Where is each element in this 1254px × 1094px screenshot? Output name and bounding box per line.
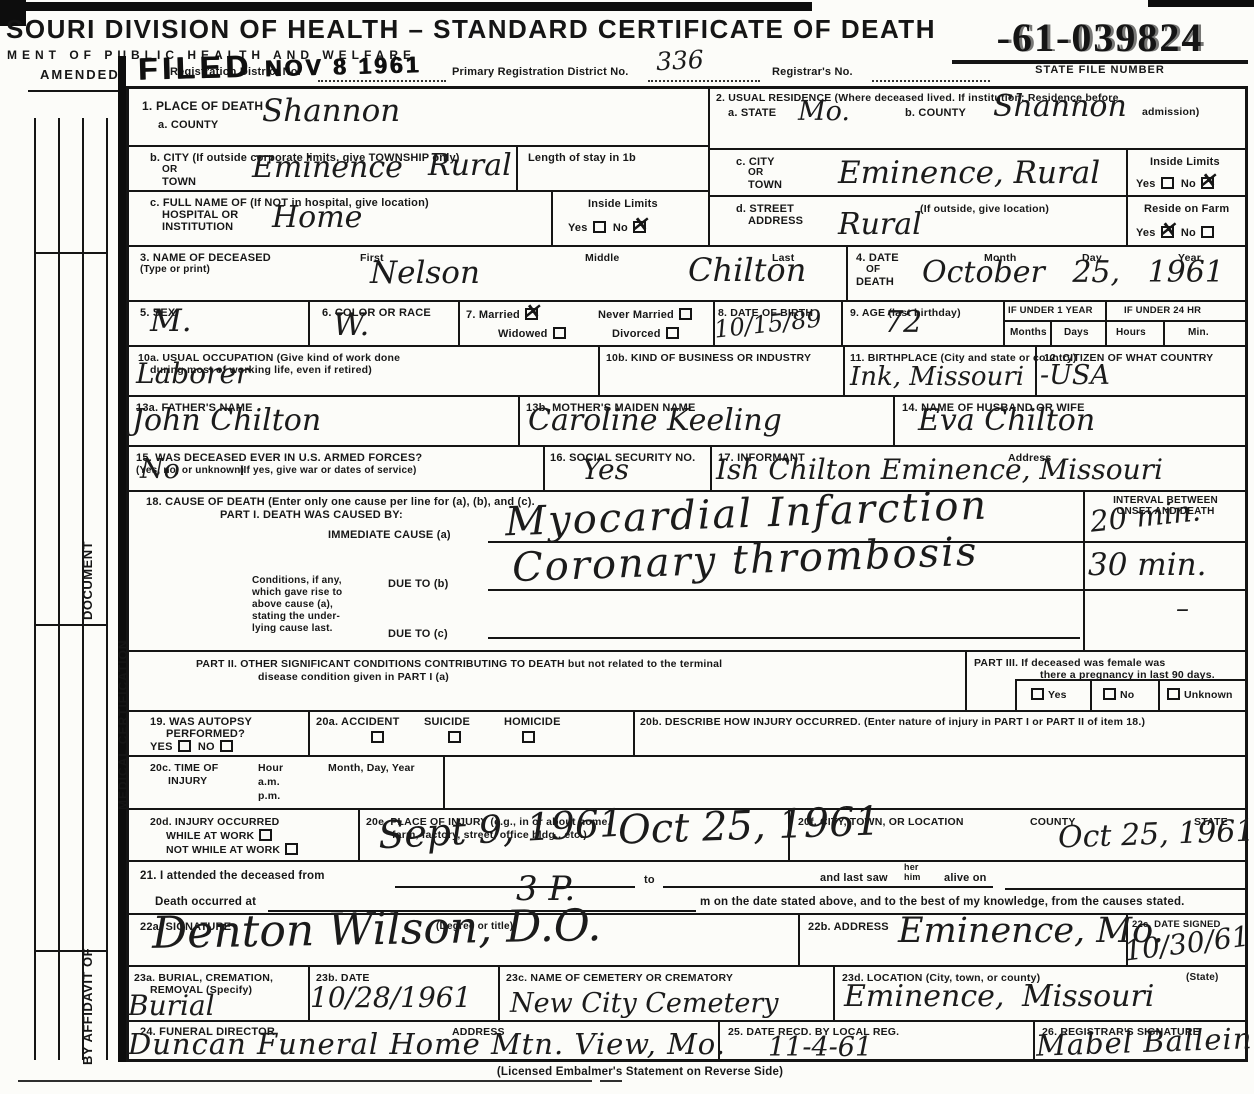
s1-hospital-label-3: INSTITUTION [162, 221, 233, 234]
part3-yes-row: Yes [1026, 688, 1067, 701]
under-age-main-divider [1105, 302, 1107, 347]
under-age-divider [1050, 320, 1052, 347]
no-label: No [1120, 689, 1134, 701]
s2-state-label: a. STATE [728, 107, 776, 120]
primary-registration-label: Primary Registration District No. [452, 66, 629, 79]
s13b-value: Caroline Keeling [528, 406, 782, 436]
margin-grid-tick [34, 252, 108, 254]
s20c-mdy-label: Month, Day, Year [328, 762, 415, 774]
pregnancy-no-checkbox [1103, 688, 1116, 700]
no-label: No [1181, 178, 1196, 190]
s2-city-label-3: TOWN [748, 179, 782, 192]
yes-label: Yes [1048, 689, 1067, 701]
s1-or-label: OR [162, 164, 177, 176]
pregnancy-unknown-checkbox [1167, 688, 1180, 700]
s2-street-label-1: d. STREET [736, 203, 794, 216]
s20d-label-1: 20d. INJURY OCCURRED [150, 816, 279, 828]
s13a-value: John Chilton [132, 406, 321, 436]
suicide-checkbox [448, 731, 461, 743]
s23d-value: Eminence, Missouri [844, 982, 1154, 1012]
s18-part1-label: PART I. DEATH WAS CAUSED BY: [220, 509, 403, 522]
part3-divider [1158, 679, 1160, 710]
s4-label-3: DEATH [856, 276, 894, 289]
s19-row: YES NO [150, 740, 237, 754]
autopsy-no-checkbox [220, 740, 233, 752]
never-married-checkbox [679, 308, 692, 320]
s7-divorced-row: Divorced [612, 327, 683, 341]
under-24-hr-label: IF UNDER 24 HR [1124, 306, 1201, 317]
s1-town-label: TOWN [162, 176, 196, 189]
interval-dash: – [1176, 596, 1189, 622]
s4-date-of-death-value: October 25, 1961 [922, 258, 1224, 288]
s18-due-c-label: DUE TO (c) [388, 628, 448, 641]
s2-heading-2: admission) [1142, 106, 1199, 118]
s1-inside-limits-row: Yes No [568, 221, 650, 235]
s4-label-2: OF [866, 264, 880, 276]
s21-him-label: him [904, 872, 921, 882]
s2-inside-limits-label: Inside Limits [1150, 156, 1220, 169]
s1-inside-no-checkbox [633, 221, 646, 233]
s20a-suicide-label: SUICIDE [424, 716, 470, 729]
filed-stamp-date: NOV 8 1961 [264, 51, 421, 81]
s19-label-2: PERFORMED? [166, 728, 245, 741]
s12-value: -USA [1040, 362, 1110, 389]
registrar-no-line [872, 80, 990, 82]
s18-conditions-4: stating the under- [252, 611, 340, 623]
s21-label-1: 21. I attended the deceased from [140, 870, 325, 883]
s18-label: 18. CAUSE OF DEATH (Enter only one cause… [146, 496, 535, 509]
married-label: 7. Married [466, 309, 520, 321]
s2-street-note: (If outside, give location) [920, 203, 1049, 215]
no-label: No [613, 222, 628, 234]
footer-note: (Licensed Embalmer's Statement on Revers… [400, 1066, 880, 1079]
s1-city-value-1: Eminence [252, 153, 403, 183]
s2-city-label-2: OR [748, 167, 763, 179]
s2-inside-limits-row: Yes No [1136, 177, 1218, 191]
pregnancy-yes-checkbox [1031, 688, 1044, 700]
s21-her-label: her [904, 862, 919, 872]
margin-label-by-affidavit: BY AFFIDAVIT OF [80, 948, 96, 1065]
registrar-signature: Mabel Ballein [1036, 1024, 1253, 1061]
s18-due-b-label: DUE TO (b) [388, 578, 448, 591]
s2-city-value: Eminence, Rural [838, 158, 1100, 189]
part3-unknown-row: Unknown [1162, 688, 1233, 701]
s21-to-label: to [644, 874, 655, 887]
s2-street-label-2: ADDRESS [748, 215, 803, 228]
s19-label-1: 19. WAS AUTOPSY [150, 716, 252, 729]
s20b-label: 20b. DESCRIBE HOW INJURY OCCURRED. (Ente… [640, 716, 1145, 728]
s18-conditions-5: lying cause last. [252, 623, 333, 635]
yes-label: Yes [1136, 227, 1156, 239]
primary-registration-line [648, 80, 760, 82]
s23a-label-1: 23a. BURIAL, CREMATION, [134, 972, 273, 984]
s24-value: Duncan Funeral Home Mtn. View, Mo. [128, 1030, 726, 1059]
s3-type-note: (Type or print) [140, 264, 210, 276]
filed-stamp: FILEDNOV 8 1961 [138, 44, 422, 87]
s20c-label-1: 20c. TIME OF [150, 762, 218, 774]
primary-registration-value: 336 [655, 47, 704, 74]
s14-value: Eva Chilton [918, 406, 1095, 436]
s16-value: Yes [582, 456, 629, 484]
form-title: SOURI DIVISION OF HEALTH – STANDARD CERT… [6, 14, 936, 45]
s20c-pm-label: p.m. [258, 790, 280, 802]
s20d-not-while-row: NOT WHILE AT WORK [166, 843, 302, 856]
no-label: No [1181, 227, 1196, 239]
s1-heading: 1. PLACE OF DEATH [142, 100, 263, 114]
s20a-accident-label: 20a. ACCIDENT [316, 716, 400, 729]
under-age-divider [1163, 320, 1165, 347]
s2-inside-yes-checkbox [1161, 177, 1174, 189]
s3-last-value: Chilton [688, 254, 806, 286]
s20d-while-row: WHILE AT WORK [166, 829, 276, 842]
widowed-label: Widowed [498, 328, 548, 340]
margin-label-document: DOCUMENT [80, 541, 96, 620]
unknown-label: Unknown [1184, 689, 1233, 701]
s1-county-label: a. COUNTY [158, 119, 218, 132]
accident-checkbox [371, 731, 384, 743]
s2-farm-row: Yes No [1136, 226, 1218, 240]
autopsy-yes-checkbox [178, 740, 191, 752]
s2-inside-no-checkbox [1201, 177, 1214, 189]
s5-value: M. [150, 306, 192, 337]
s1-length-label: Length of stay in 1b [528, 152, 636, 165]
attended-to-value: Oct 25, 1961 [617, 801, 880, 850]
autopsy-yes-label: YES [150, 741, 173, 753]
s18-conditions-3: above cause (a), [252, 599, 333, 611]
s1-inside-limits-label: Inside Limits [588, 198, 658, 211]
registrar-no-label: Registrar's No. [772, 66, 853, 79]
cause-b-line [488, 589, 1245, 591]
s1-hospital-value: Home [272, 203, 362, 233]
s2-street-value: Rural [838, 210, 922, 240]
part3-no-row: No [1098, 688, 1134, 701]
margin-divider-bar [118, 56, 126, 1062]
under-1-year-label: IF UNDER 1 YEAR [1008, 306, 1093, 317]
margin-label-date-amended: DATE AMENDED [0, 156, 2, 265]
s10b-label: 10b. KIND OF BUSINESS OR INDUSTRY [606, 352, 811, 364]
margin-grid-line [106, 118, 108, 1060]
s1-hospital-label-2: HOSPITAL OR [162, 209, 238, 222]
margin-label-item-no: ITEM NO. [0, 1023, 2, 1085]
attended-from-line [395, 886, 635, 888]
s18-conditions-2: which gave rise to [252, 587, 342, 599]
s22b-label: 22b. ADDRESS [808, 921, 889, 934]
part2-label-2: disease condition given in PART I (a) [258, 671, 449, 683]
not-while-at-work-checkbox [285, 843, 298, 855]
filed-stamp-word: FILED [138, 49, 253, 87]
autopsy-no-label: NO [198, 741, 215, 753]
divorced-label: Divorced [612, 328, 661, 340]
while-at-work-label: WHILE AT WORK [166, 830, 254, 842]
s6-value: W. [333, 310, 369, 341]
divorced-checkbox [666, 327, 679, 339]
part3-divider [1015, 679, 1017, 710]
margin-label-should-read: SHOULD READ [0, 874, 2, 975]
never-married-label: Never Married [598, 309, 674, 321]
yes-label: Yes [568, 222, 588, 234]
scan-artifact-bottom-dash [600, 1080, 622, 1082]
last-saw-value: Oct 25, 1961 [1058, 817, 1254, 854]
margin-grid-line [58, 118, 60, 1060]
s17-value: Ish Chilton Eminence, Missouri [716, 456, 1163, 484]
s21-alive-on-label: alive on [944, 872, 987, 885]
cell-1a [129, 89, 710, 147]
s23c-label: 23c. NAME OF CEMETERY OR CREMATORY [506, 972, 733, 984]
s20c-am-label: a.m. [258, 776, 280, 788]
s1-city-value-2: Rural [428, 151, 512, 181]
s9-value: 72 [884, 308, 922, 338]
days-label: Days [1064, 327, 1089, 339]
s15-value: No [140, 456, 180, 483]
attended-to-line [663, 886, 993, 888]
state-file-number-label: STATE FILE NUMBER [952, 64, 1248, 77]
s7-widowed-row: Widowed [498, 327, 570, 341]
s23b-value: 10/28/1961 [310, 984, 471, 1012]
s18-immediate-label: IMMEDIATE CAUSE (a) [328, 529, 451, 542]
s3-middle-header: Middle [585, 252, 619, 264]
s15-label-3: (If yes, give war or dates of service) [240, 465, 417, 477]
s20a-homicide-label: HOMICIDE [504, 716, 561, 729]
amended-label: AMENDED [40, 68, 120, 83]
s23a-value: Burial [128, 992, 215, 1020]
not-while-at-work-label: NOT WHILE AT WORK [166, 844, 280, 856]
months-label: Months [1010, 327, 1047, 339]
s3-label: 3. NAME OF DECEASED [140, 252, 271, 265]
s18-conditions-1: Conditions, if any, [252, 575, 342, 587]
s20c-hour-label: Hour [258, 762, 283, 774]
s4-label-1: 4. DATE [856, 252, 899, 265]
s2-farm-yes-checkbox [1161, 226, 1174, 238]
margin-grid-tick [34, 624, 108, 626]
s1-county-value: Shannon [262, 96, 400, 127]
hours-label: Hours [1116, 327, 1146, 339]
last-saw-line [1005, 888, 1245, 890]
part3-label-1: PART III. If deceased was female was [974, 657, 1165, 669]
s2-county-value: Shannon [993, 92, 1127, 122]
widowed-checkbox [553, 327, 566, 339]
homicide-checkbox [522, 731, 535, 743]
s21-last-saw-label: and last saw [820, 872, 888, 885]
margin-label-instead-of: INSTEAD OF [0, 576, 2, 660]
s2-farm-label: Reside on Farm [1144, 203, 1229, 216]
s7-married-row: 7. Married [466, 308, 542, 322]
s7-never-row: Never Married [598, 308, 696, 322]
margin-grid-line [34, 118, 36, 1060]
s1-inside-yes-checkbox [593, 221, 606, 233]
min-label: Min. [1188, 327, 1209, 339]
s10a-value: Laborer [136, 360, 249, 388]
while-at-work-checkbox [259, 829, 272, 841]
amended-underline [28, 90, 120, 92]
part2-label-1: PART II. OTHER SIGNIFICANT CONDITIONS CO… [196, 658, 722, 670]
under-age-subrow-line [1005, 320, 1245, 322]
s21-label-2: m on the date stated above, and to the b… [700, 896, 1185, 909]
s25-value: 11-4-61 [768, 1034, 872, 1061]
state-file-number: -61-039824 [952, 14, 1248, 61]
margin-grid-tick [34, 950, 108, 952]
interval-b-value: 30 min. [1088, 550, 1206, 581]
s2-farm-no-checkbox [1201, 226, 1214, 238]
part3-label-2: there a pregnancy in last 90 days. [1040, 669, 1215, 681]
s2-county-label: b. COUNTY [905, 107, 966, 120]
top-border-bar-right [1148, 0, 1254, 7]
death-certificate-scan: SOURI DIVISION OF HEALTH – STANDARD CERT… [0, 0, 1254, 1094]
physician-signature: Denton Wilson, D.O. [152, 904, 602, 956]
scan-artifact-bottom-line [18, 1080, 592, 1082]
part3-divider [1090, 679, 1092, 710]
cause-c-line [488, 637, 1080, 639]
s23c-value: New City Cemetery [510, 990, 778, 1017]
s23d-state-label: (State) [1186, 972, 1219, 984]
s11-value: Ink, Missouri [850, 364, 1024, 390]
s20c-label-2: INJURY [168, 775, 207, 787]
s2-state-value: Mo. [798, 98, 850, 125]
top-border-bar [0, 2, 812, 11]
s3-first-value: Nelson [370, 258, 480, 289]
yes-label: Yes [1136, 178, 1156, 190]
married-checkbox [525, 308, 538, 320]
